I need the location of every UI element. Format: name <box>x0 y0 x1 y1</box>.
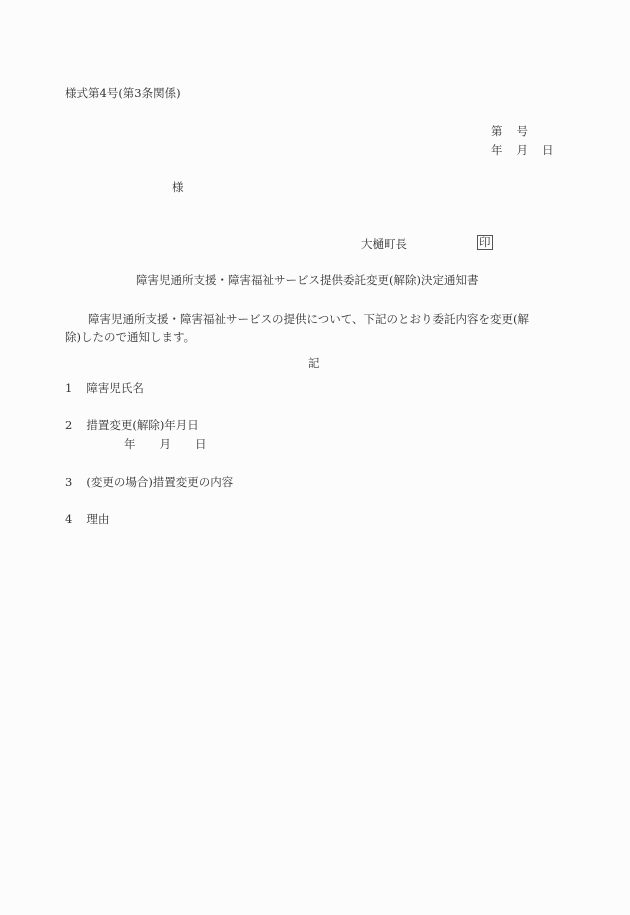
body-text-line-1: 障害児通所支援・障害福祉サービスの提供について、下記のとおり委託内容を変更(解 <box>88 311 529 327</box>
issue-date-line: 年月日 <box>491 142 554 158</box>
number-prefix: 第 <box>491 124 503 138</box>
body-text-line-2: 除)したので通知します。 <box>65 329 195 345</box>
item-label: 理由 <box>86 512 109 526</box>
date-year: 年 <box>491 143 503 157</box>
document-number-line: 第号 <box>491 123 528 139</box>
ki-heading: 記 <box>308 355 320 371</box>
form-label: 様式第4号(第3条関係) <box>65 85 181 101</box>
item-1: 1障害児氏名 <box>65 380 144 396</box>
item-2: 2措置変更(解除)年月日 <box>65 417 199 433</box>
document-title: 障害児通所支援・障害福祉サービス提供委託変更(解除)決定通知書 <box>136 272 478 288</box>
item-label: (変更の場合)措置変更の内容 <box>86 475 233 489</box>
item-2-date: 年月日 <box>124 436 207 452</box>
item-number: 3 <box>65 475 72 489</box>
item-label: 障害児氏名 <box>86 381 144 395</box>
issuer-seal: 印 <box>477 235 493 250</box>
addressee-suffix: 様 <box>172 179 184 195</box>
seal-mark: 印 <box>477 235 493 250</box>
date-month: 月 <box>517 143 529 157</box>
item-number: 1 <box>65 381 72 395</box>
date-day: 日 <box>542 143 554 157</box>
issuer-title: 大樋町長 <box>361 236 407 252</box>
item-4: 4理由 <box>65 511 109 527</box>
item-3: 3(変更の場合)措置変更の内容 <box>65 474 233 490</box>
item-label: 措置変更(解除)年月日 <box>86 418 198 432</box>
item-number: 4 <box>65 512 72 526</box>
number-suffix: 号 <box>517 124 529 138</box>
date-year: 年 <box>124 437 136 451</box>
date-month: 月 <box>160 437 172 451</box>
item-number: 2 <box>65 418 72 432</box>
date-day: 日 <box>195 437 207 451</box>
